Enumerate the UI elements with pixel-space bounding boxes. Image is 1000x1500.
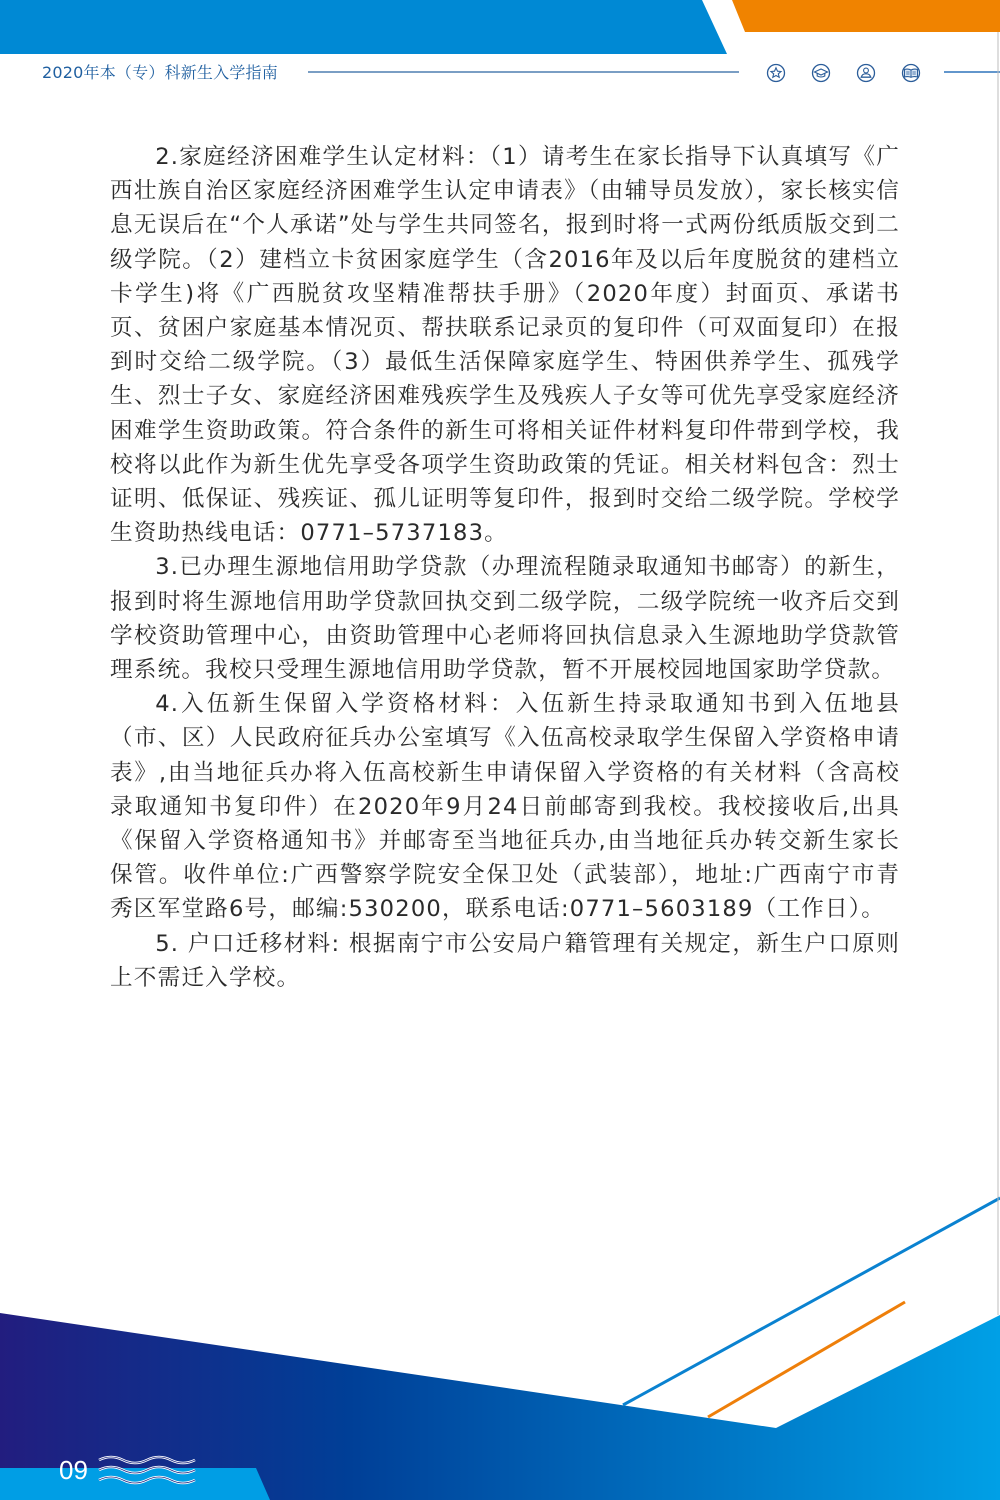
student-at-desk-icon	[855, 62, 877, 84]
document-header-title: 2020年本（专）科新生入学指南	[42, 60, 278, 83]
paragraph-household-registration: 5. 户口迁移材料: 根据南宁市公安局户籍管理有关规定，新生户口原则上不需迁入学…	[110, 927, 900, 995]
top-blue-band	[0, 0, 727, 54]
open-book-icon	[900, 62, 922, 84]
waves-icon	[97, 1455, 197, 1487]
paragraph-hardship-materials: 2.家庭经济困难学生认定材料：（1）请考生在家长指导下认真填写《广西壮族自治区家…	[110, 140, 900, 550]
top-orange-band	[732, 0, 1000, 32]
star-badge-icon	[765, 62, 787, 84]
header-icon-group	[763, 62, 923, 84]
paragraph-military-enlistment: 4.入伍新生保留入学资格材料：入伍新生持录取通知书到入伍地县（市、区）人民政府征…	[110, 687, 900, 926]
paragraph-student-loan: 3.已办理生源地信用助学贷款（办理流程随录取通知书邮寄）的新生，报到时将生源地信…	[110, 550, 900, 687]
page-number: 09	[59, 1455, 88, 1486]
document-body: 2.家庭经济困难学生认定材料：（1）请考生在家长指导下认真填写《广西壮族自治区家…	[110, 140, 900, 995]
graduation-cap-icon	[810, 62, 832, 84]
